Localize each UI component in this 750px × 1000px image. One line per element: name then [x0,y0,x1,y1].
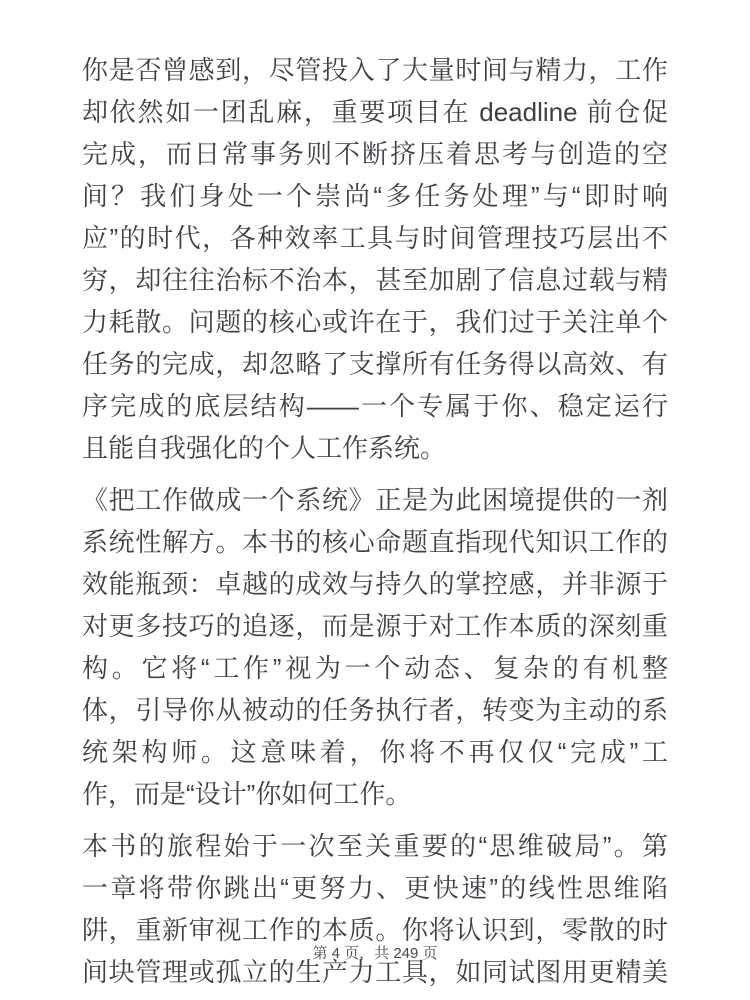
text-line: 对更多技巧的追逐，而是源于对工作本质的深刻重 [82,605,668,647]
text-line: 完成，而日常事务则不断挤压着思考与创造的空 [82,133,668,175]
paragraph: 你是否曾感到，尽管投入了大量时间与精力，工作却依然如一团乱麻，重要项目在 dea… [82,49,668,469]
text-line: 《把工作做成一个系统》正是为此困境提供的一剂 [82,479,668,521]
text-line: 却依然如一团乱麻，重要项目在 deadline 前仓促 [82,91,668,133]
paragraph: 本书的旅程始于一次至关重要的“思维破局”。第一章将带你跳出“更努力、更快速”的线… [82,825,668,993]
text-line: 任务的完成，却忽略了支撑所有任务得以高效、有 [82,343,668,385]
text-line: 应”的时代，各种效率工具与时间管理技巧层出不 [82,217,668,259]
text-line: 体，引导你从被动的任务执行者，转变为主动的系 [82,689,668,731]
text-line: 效能瓶颈：卓越的成效与持久的掌控感，并非源于 [82,563,668,605]
text-line: 一章将带你跳出“更努力、更快速”的线性思维陷 [82,867,668,909]
paragraph: 《把工作做成一个系统》正是为此困境提供的一剂系统性解方。本书的核心命题直指现代知… [82,479,668,815]
text-line: 统架构师。这意味着，你将不再仅仅“完成”工 [82,731,668,773]
document-page: 你是否曾感到，尽管投入了大量时间与精力，工作却依然如一团乱麻，重要项目在 dea… [0,0,750,1000]
text-line: 系统性解方。本书的核心命题直指现代知识工作的 [82,521,668,563]
text-line: 构。它将“工作”视为一个动态、复杂的有机整 [82,647,668,689]
text-line: 本书的旅程始于一次至关重要的“思维破局”。第 [82,825,668,867]
text-line: 间？我们身处一个崇尚“多任务处理”与“即时响 [82,175,668,217]
text-line: 穷，却往往治标不治本，甚至加剧了信息过载与精 [82,259,668,301]
text-line: 你是否曾感到，尽管投入了大量时间与精力，工作 [82,49,668,91]
text-line: 力耗散。问题的核心或许在于，我们过于关注单个 [82,301,668,343]
text-line: 序完成的底层结构——一个专属于你、稳定运行 [82,385,668,427]
text-line: 作，而是“设计”你如何工作。 [82,773,668,815]
document-content: 你是否曾感到，尽管投入了大量时间与精力，工作却依然如一团乱麻，重要项目在 dea… [82,49,668,1000]
page-footer: 第 4 页，共 249 页 [0,944,750,964]
text-line: 且能自我强化的个人工作系统。 [82,427,668,469]
